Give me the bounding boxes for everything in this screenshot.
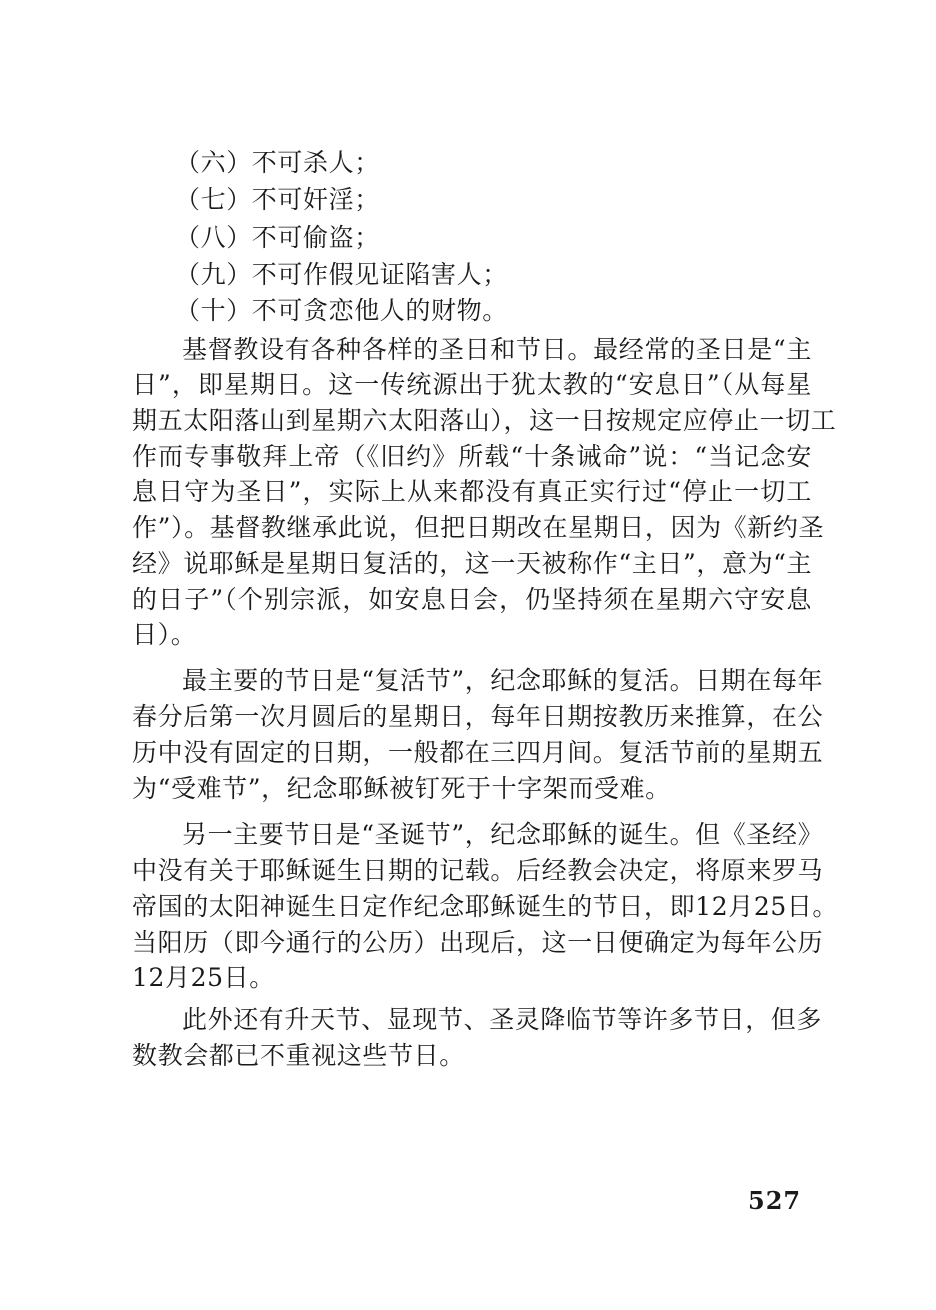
paragraph-line: 作”）。基督教继承此说，但把日期改在星期日，因为《新约圣: [132, 511, 812, 545]
paragraph-line: 帝国的太阳神诞生日定作纪念耶稣诞生的节日，即12月25日。: [132, 890, 812, 924]
paragraph-line: 的日子”（个别宗派，如安息日会，仍坚持须在星期六守安息: [132, 583, 812, 617]
paragraph-line: 息日守为圣日”，实际上从来都没有真正实行过“停止一切工: [132, 475, 812, 509]
paragraph-line: 另一主要节日是“圣诞节”，纪念耶稣的诞生。但《圣经》: [182, 818, 812, 852]
paragraph-line: 最主要的节日是“复活节”，纪念耶稣的复活。日期在每年: [182, 664, 812, 698]
paragraph-line: 日”，即星期日。这一传统源出于犹太教的“安息日”（从每星: [132, 368, 812, 402]
paragraph-line: 作而专事敬拜上帝（《旧约》所载“十条诫命”说：“当记念安: [132, 440, 812, 474]
paragraph-line: 为“受难节”，纪念耶稣被钉死于十字架而受难。: [132, 772, 812, 806]
paragraph-line: 基督教设有各种各样的圣日和节日。最经常的圣日是“主: [182, 333, 812, 367]
book-page: （六）不可杀人； （七）不可奸淫； （八）不可偷盗； （九）不可作假见证陷害人；…: [0, 0, 936, 1310]
paragraph-line: 历中没有固定的日期，一般都在三四月间。复活节前的星期五: [132, 736, 812, 770]
paragraph-line: 数教会都已不重视这些节日。: [132, 1039, 812, 1073]
paragraph-line: 此外还有升天节、显现节、圣灵降临节等许多节日，但多: [182, 1003, 812, 1037]
page-number: 527: [748, 1186, 801, 1215]
list-item: （九）不可作假见证陷害人；: [175, 258, 508, 292]
list-item: （十）不可贪恋他人的财物。: [175, 294, 508, 328]
list-item: （七）不可奸淫；: [175, 183, 380, 217]
paragraph-line: 12月25日。: [132, 961, 812, 995]
paragraph-line: 中没有关于耶稣诞生日期的记载。后经教会决定，将原来罗马: [132, 854, 812, 888]
paragraph-line: 经》说耶稣是星期日复活的，这一天被称作“主日”，意为“主: [132, 547, 812, 581]
paragraph-line: 当阳历（即今通行的公历）出现后，这一日便确定为每年公历: [132, 926, 812, 960]
paragraph-line: 期五太阳落山到星期六太阳落山），这一日按规定应停止一切工: [132, 404, 812, 438]
paragraph-line: 日）。: [132, 618, 812, 652]
paragraph-line: 春分后第一次月圆后的星期日，每年日期按教历来推算，在公: [132, 700, 812, 734]
list-item: （八）不可偷盗；: [175, 221, 380, 255]
list-item: （六）不可杀人；: [175, 146, 380, 180]
